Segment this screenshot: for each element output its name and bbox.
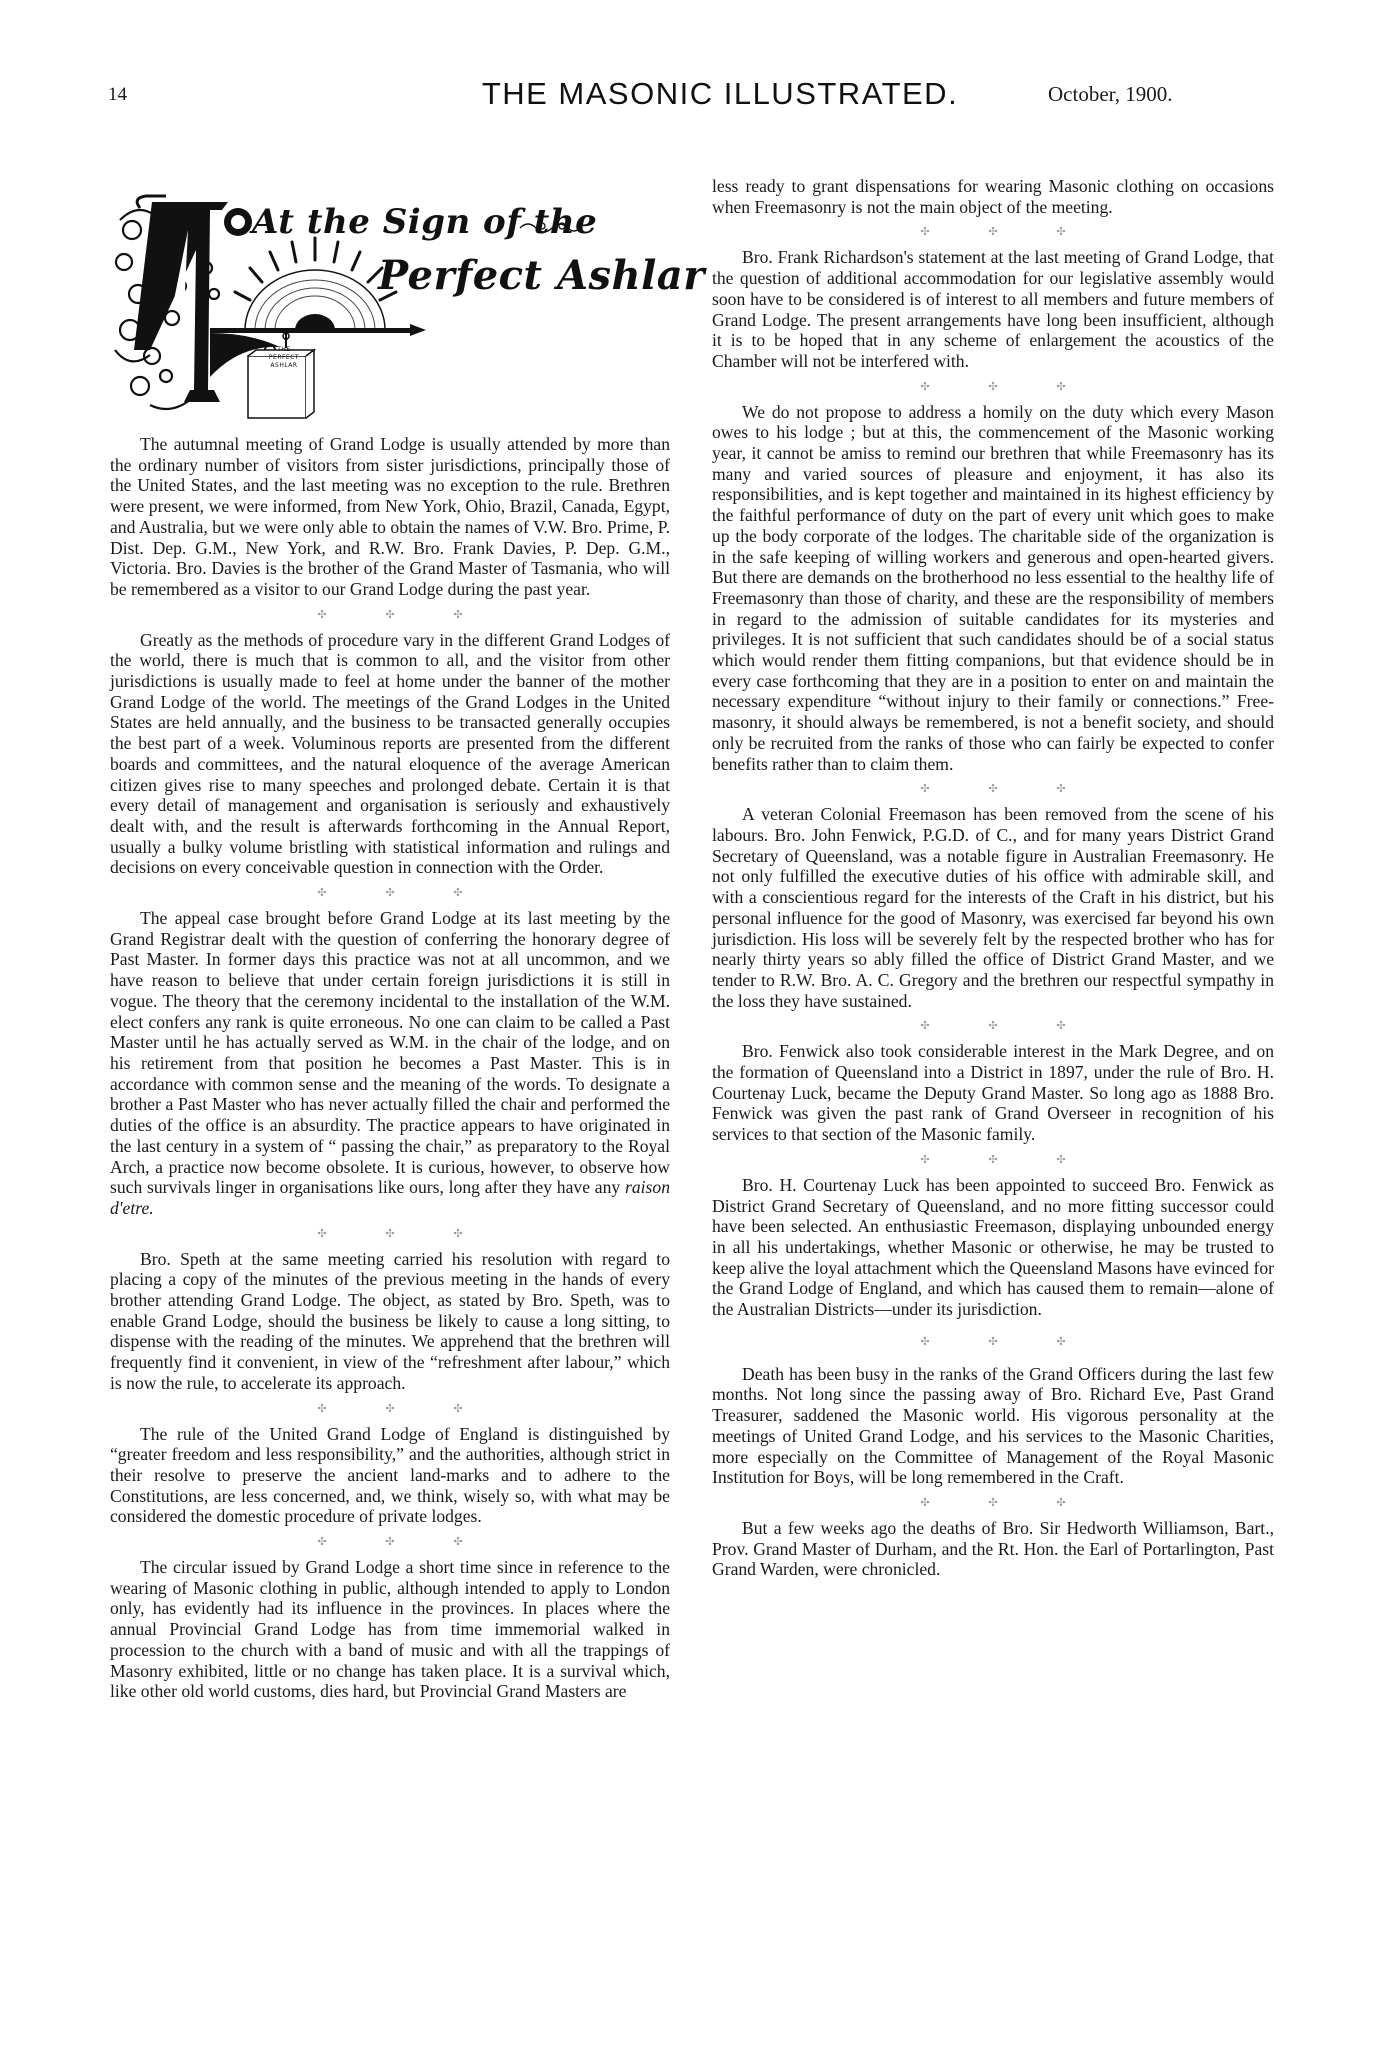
left-column: At the Sign of the Perfect Ashlar THE PE…	[110, 190, 670, 1702]
section-divider: ✣ ✣ ✣	[712, 372, 1274, 402]
section-divider: ✣ ✣ ✣	[712, 1488, 1274, 1518]
section-divider: ✣ ✣ ✣	[712, 774, 1274, 804]
page-number: 14	[108, 84, 127, 106]
bracket-arm-icon	[210, 324, 426, 377]
headpiece-title-line2: Perfect Ashlar	[378, 252, 705, 299]
section-divider: ✣ ✣ ✣	[110, 1394, 670, 1424]
journal-title: THE MASONIC ILLUSTRATED.	[420, 76, 1020, 112]
section-headpiece: At the Sign of the Perfect Ashlar THE PE…	[110, 190, 670, 430]
section-divider: ✣ ✣ ✣	[712, 1320, 1274, 1364]
paragraph-continued: less ready to grant dispensations for we…	[712, 176, 1274, 217]
paragraph-methods-of-procedure: Greatly as the methods of procedure vary…	[110, 630, 670, 878]
section-divider: ✣ ✣ ✣	[110, 1527, 670, 1557]
paragraph-death-grand-officers: Death has been busy in the ranks of the …	[712, 1364, 1274, 1488]
paragraph-courtenay-luck: Bro. H. Courtenay Luck has been appointe…	[712, 1175, 1274, 1320]
rising-sun-icon	[235, 238, 396, 330]
section-divider: ✣ ✣ ✣	[110, 600, 670, 630]
right-column: less ready to grant dispensations for we…	[712, 176, 1274, 1580]
page-header: 14 THE MASONIC ILLUSTRATED. October, 190…	[0, 84, 1377, 124]
paragraph-rule-of-ugle: The rule of the United Grand Lodge of En…	[110, 1424, 670, 1528]
paragraph-homily-on-duty: We do not propose to address a homily on…	[712, 402, 1274, 775]
issue-date: October, 1900.	[1048, 82, 1173, 107]
paragraph-appeal-case: The appeal case brought before Grand Lod…	[110, 908, 670, 1219]
paragraph-fenwick-mark-degree: Bro. Fenwick also took considerable inte…	[712, 1041, 1274, 1145]
section-divider: ✣ ✣ ✣	[712, 1145, 1274, 1175]
paragraph-circular: The circular issued by Grand Lodge a sho…	[110, 1557, 670, 1702]
section-divider: ✣ ✣ ✣	[110, 878, 670, 908]
section-divider: ✣ ✣ ✣	[712, 217, 1274, 247]
paragraph-autumnal-meeting: The autumnal meeting of Grand Lodge is u…	[110, 434, 670, 600]
section-divider: ✣ ✣ ✣	[712, 1011, 1274, 1041]
paragraph-bro-speth: Bro. Speth at the same meeting carried h…	[110, 1249, 670, 1394]
ashlar-block-label: THE PERFECT ASHLAR	[256, 346, 312, 370]
section-divider: ✣ ✣ ✣	[110, 1219, 670, 1249]
paragraph-recent-deaths: But a few weeks ago the deaths of Bro. S…	[712, 1518, 1274, 1580]
paragraph-john-fenwick: A veteran Colonial Freemason has been re…	[712, 804, 1274, 1011]
headpiece-title-line1: At the Sign of the	[252, 202, 597, 242]
paragraph-richardson-statement: Bro. Frank Richardson's statement at the…	[712, 247, 1274, 371]
